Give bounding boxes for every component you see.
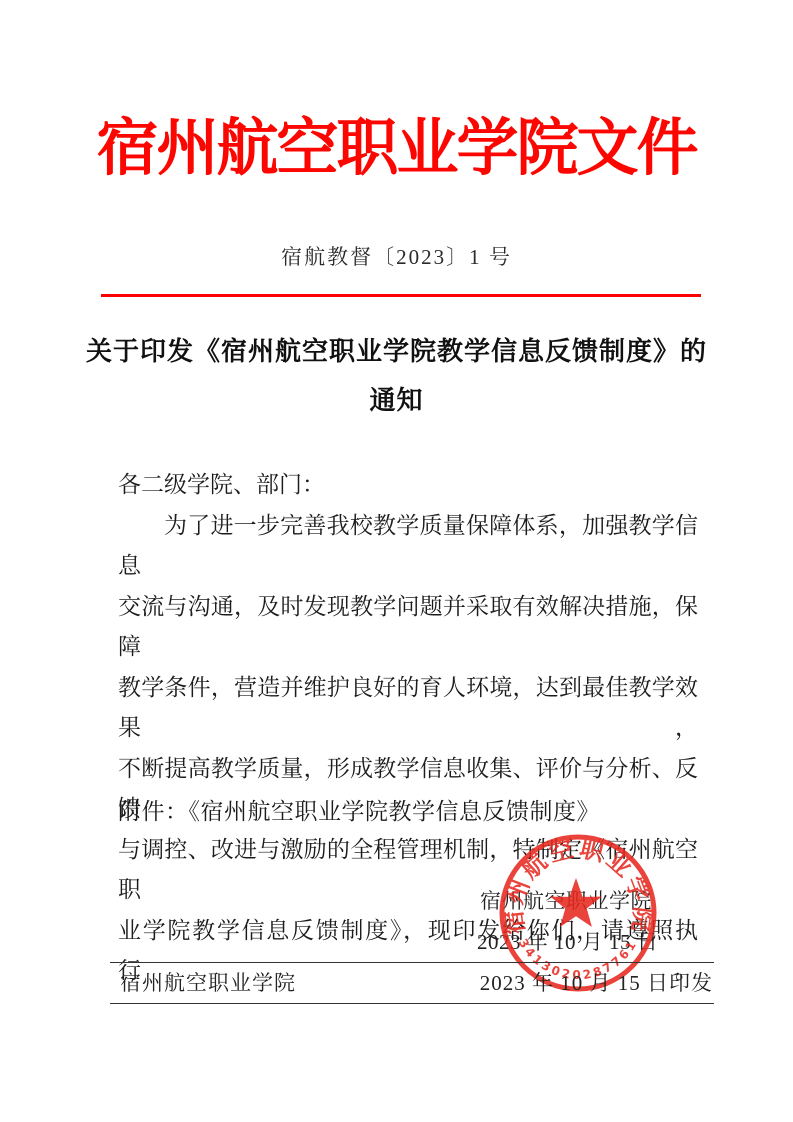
footer-print-date: 2023 年 10 月 15 日印发 bbox=[480, 967, 713, 997]
notice-title-line1: 关于印发《宿州航空职业学院教学信息反馈制度》的 bbox=[0, 331, 793, 368]
salutation-line: 各二级学院、部门： bbox=[118, 465, 698, 506]
document-number: 宿航教督〔2023〕1 号 bbox=[0, 241, 793, 271]
footer-rule-top bbox=[110, 962, 714, 963]
footer-rule-bottom bbox=[110, 1003, 714, 1004]
body-line: 教学条件，营造并维护良好的育人环境，达到最佳教学效果， bbox=[118, 668, 698, 749]
signature-date: 2023 年 10 月 15 日 bbox=[477, 926, 658, 956]
document-page: 宿州航空职业学院文件 宿航教督〔2023〕1 号 关于印发《宿州航空职业学院教学… bbox=[0, 0, 793, 1122]
body-line: 交流与沟通，及时发现教学问题并采取有效解决措施，保障 bbox=[118, 587, 698, 668]
red-separator-rule bbox=[101, 294, 701, 297]
signature-organization: 宿州航空职业学院 bbox=[480, 885, 652, 915]
attachment-line: 附件：《宿州航空职业学院教学信息反馈制度》 bbox=[118, 793, 600, 826]
footer-issuer: 宿州航空职业学院 bbox=[120, 967, 296, 997]
notice-title-line2: 通知 bbox=[0, 380, 793, 417]
masthead-title: 宿州航空职业学院文件 bbox=[0, 98, 793, 187]
body-line: 为了进一步完善我校教学质量保障体系，加强教学信息 bbox=[118, 506, 698, 587]
